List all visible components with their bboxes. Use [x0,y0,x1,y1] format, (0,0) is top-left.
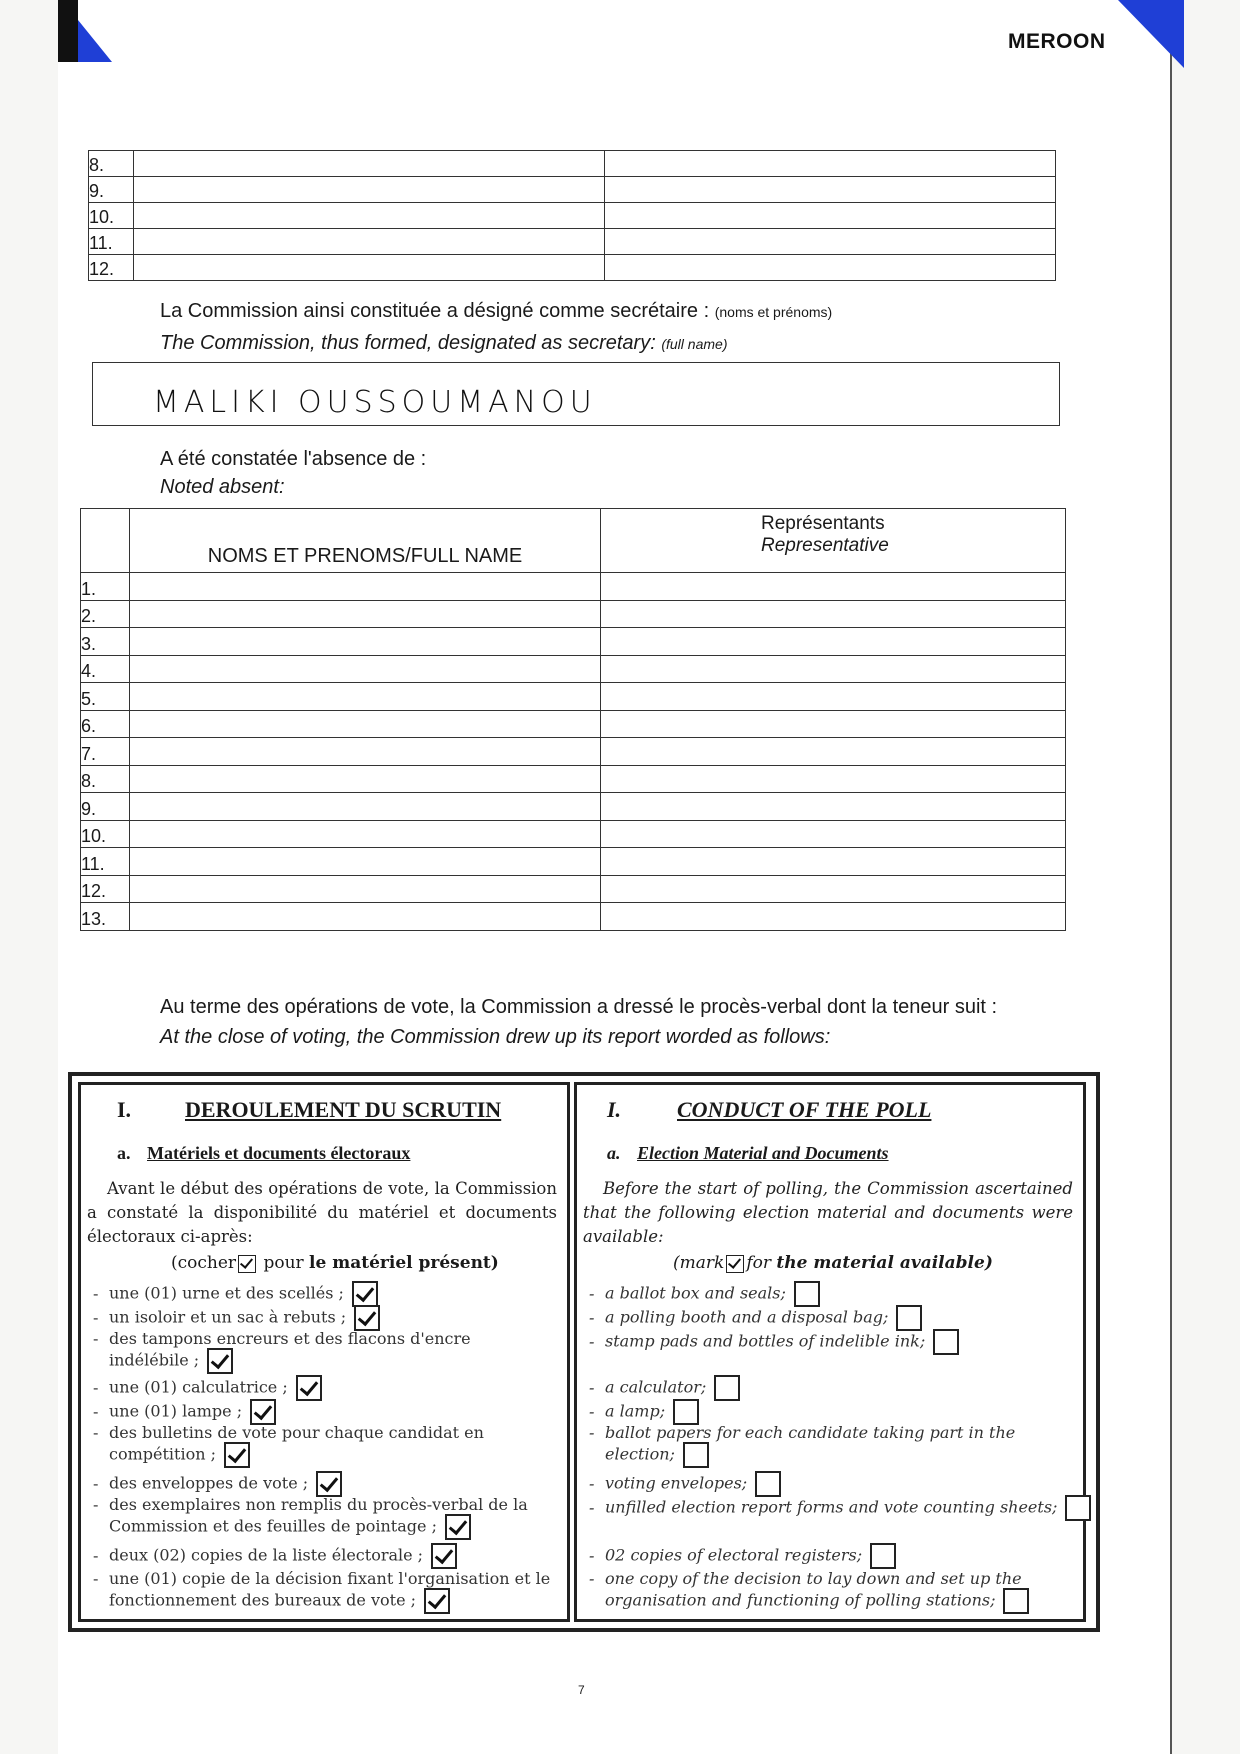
closing-statement-en: At the close of voting, the Commission d… [160,1026,830,1049]
material-item-text-cont: indélébile ; [93,1348,471,1374]
secretary-field[interactable]: MALIKI OUSSOUMANOU [92,362,1060,426]
bullet-dash: - [589,1402,605,1421]
absence-table-row: 2. [81,600,1066,628]
material-item-text: une (01) urne et des scellés ; [109,1284,344,1303]
material-item-text-cont: compétition ; [93,1442,484,1468]
section-en-column: I. CONDUCT OF THE POLL a. Election Mater… [574,1082,1086,1622]
member-name-cell[interactable] [134,229,605,255]
bullet-dash: - [589,1308,605,1327]
absence-table-row: 4. [81,655,1066,683]
material-item-text-cont: fonctionnement des bureaux de vote ; [93,1588,550,1614]
material-checkbox[interactable] [424,1588,450,1614]
bullet-dash: - [589,1378,605,1397]
bullet-dash: - [93,1546,109,1565]
material-item-text: une (01) calculatrice ; [109,1378,288,1397]
members-table: 8.9.10.11.12. [88,150,1056,281]
bullet-dash: - [93,1378,109,1397]
material-item-text: des enveloppes de vote ; [109,1474,308,1493]
row-number: 10. [81,820,130,848]
absent-name-cell[interactable] [130,655,601,683]
members-table-row: 9. [89,177,1056,203]
bullet-dash: - [93,1402,109,1421]
material-item: -a calculator; [589,1375,740,1401]
material-item-text: a calculator; [605,1378,706,1397]
sample-checkbox-icon [726,1255,744,1273]
material-item: -02 copies of electoral registers; [589,1543,896,1569]
mark-bold: the material available [776,1253,984,1273]
member-role-cell[interactable] [605,229,1056,255]
material-item: -voting envelopes; [589,1471,781,1497]
material-item: -stamp pads and bottles of indelible ink… [589,1329,959,1355]
absence-col-representative: Représentants Representative [601,509,1066,573]
material-item-text: des tampons encreurs et des flacons d'en… [109,1329,471,1348]
section-en-sub-title-text: Election Material and Documents [637,1143,889,1164]
bullet-dash: - [93,1284,109,1303]
secretary-label-fr-note: (noms et prénoms) [715,304,832,320]
material-checkbox[interactable] [1003,1588,1029,1614]
absence-table-row: 9. [81,793,1066,821]
section-en-title-text: CONDUCT OF THE POLL [677,1097,931,1123]
material-checkbox[interactable] [316,1471,342,1497]
row-number: 5. [81,683,130,711]
material-item-text-line2: election; [605,1445,675,1464]
absent-name-cell[interactable] [130,683,601,711]
material-item-text-line2: Commission et des feuilles de pointage ; [109,1517,437,1536]
members-table-row: 12. [89,255,1056,281]
material-item-text: ballot papers for each candidate taking … [605,1423,1015,1442]
material-checkbox[interactable] [794,1281,820,1307]
bullet-dash: - [589,1423,605,1442]
material-item: -a polling booth and a disposal bag; [589,1305,922,1331]
material-item: -ballot papers for each candidate taking… [589,1423,1015,1468]
material-item-text: un isoloir et un sac à rebuts ; [109,1308,346,1327]
absent-name-cell[interactable] [130,600,601,628]
absence-table-row: 6. [81,710,1066,738]
material-checkbox[interactable] [352,1281,378,1307]
material-checkbox[interactable] [296,1375,322,1401]
absence-col-name: NOMS ET PRENOMS/FULL NAME [130,509,601,573]
absence-table-row: 8. [81,765,1066,793]
member-role-cell[interactable] [605,255,1056,281]
row-number: 8. [81,765,130,793]
material-checkbox[interactable] [1065,1495,1091,1521]
material-checkbox[interactable] [683,1442,709,1468]
absence-table: NOMS ET PRENOMS/FULL NAME Représentants … [80,508,1066,931]
row-number: 3. [81,628,130,656]
mark-prefix: (mark [673,1253,724,1273]
section-fr-intro: Avant le début des opérations de vote, l… [87,1177,557,1249]
section-fr-column: I. DEROULEMENT DU SCRUTIN a. Matériels e… [78,1082,570,1622]
row-number: 2. [81,600,130,628]
bullet-dash: - [93,1495,109,1514]
material-item-text: a lamp; [605,1402,665,1421]
bullet-dash: - [589,1284,605,1303]
member-name-cell[interactable] [134,177,605,203]
absence-table-row: 5. [81,683,1066,711]
blue-corner-decoration-left [78,20,112,62]
absent-name-cell[interactable] [130,765,601,793]
material-item-text: 02 copies of electoral registers; [605,1546,862,1565]
absence-table-row: 10. [81,820,1066,848]
absent-name-cell[interactable] [130,903,601,931]
absence-label-en: Noted absent: [160,476,285,499]
absent-representative-cell[interactable] [601,655,1066,683]
absent-representative-cell[interactable] [601,600,1066,628]
section-fr-title-text: DEROULEMENT DU SCRUTIN [185,1097,501,1123]
section-fr-mark-instruction: (cocher pour le matériel présent) [171,1253,499,1273]
absence-table-row: 7. [81,738,1066,766]
material-checkbox[interactable] [933,1329,959,1355]
material-checkbox[interactable] [224,1442,250,1468]
mark-suffix: ) [491,1253,499,1273]
row-number: 4. [81,655,130,683]
row-number: 13. [81,903,130,931]
header-country-text: MEROON [1008,30,1106,54]
material-checkbox[interactable] [250,1399,276,1425]
section-en-intro: Before the start of polling, the Commiss… [583,1177,1073,1249]
material-item: -une (01) lampe ; [93,1399,276,1425]
section-en-sub-letter: a. [607,1143,621,1164]
row-number: 8. [89,151,134,177]
mark-suffix: ) [985,1253,993,1273]
row-number: 1. [81,573,130,601]
material-checkbox[interactable] [431,1543,457,1569]
absent-representative-cell[interactable] [601,710,1066,738]
row-number: 11. [89,229,134,255]
material-item-text: unfilled election report forms and vote … [605,1498,1057,1517]
absent-name-cell[interactable] [130,573,601,601]
secretary-label-fr: La Commission ainsi constituée a désigné… [160,300,832,323]
bullet-dash: - [589,1569,605,1588]
secretary-label-en-note: (full name) [661,336,727,352]
absence-table-row: 13. [81,903,1066,931]
absent-representative-cell[interactable] [601,573,1066,601]
members-table-row: 11. [89,229,1056,255]
material-item-text-cont: Commission et des feuilles de pointage ; [93,1514,528,1540]
bullet-dash: - [589,1546,605,1565]
section-en-roman: I. [607,1097,621,1123]
material-item: -des bulletins de vote pour chaque candi… [93,1423,484,1468]
absent-representative-cell[interactable] [601,628,1066,656]
absence-label-fr: A été constatée l'absence de : [160,448,426,471]
absent-name-cell[interactable] [130,710,601,738]
material-item: -une (01) urne et des scellés ; [93,1281,378,1307]
scan-edge [58,0,78,62]
material-item-text: une (01) copie de la décision fixant l'o… [109,1569,550,1588]
secretary-label-fr-text: La Commission ainsi constituée a désigné… [160,300,709,322]
material-checkbox[interactable] [870,1543,896,1569]
absent-representative-cell[interactable] [601,793,1066,821]
bullet-dash: - [93,1569,109,1588]
material-checkbox[interactable] [445,1514,471,1540]
bullet-dash: - [589,1474,605,1493]
material-item: -un isoloir et un sac à rebuts ; [93,1305,380,1331]
row-number: 12. [81,875,130,903]
material-item: -des exemplaires non remplis du procès-v… [93,1495,528,1540]
row-number: 9. [81,793,130,821]
row-number: 9. [89,177,134,203]
material-item: -deux (02) copies de la liste électorale… [93,1543,457,1569]
material-item-text: des bulletins de vote pour chaque candid… [109,1423,484,1442]
sample-checkbox-icon [238,1255,256,1273]
section-fr-roman: I. [117,1097,131,1123]
material-item-text-cont: election; [589,1442,1015,1468]
absent-representative-cell[interactable] [601,848,1066,876]
absent-representative-cell[interactable] [601,683,1066,711]
absent-representative-cell[interactable] [601,820,1066,848]
absent-representative-cell[interactable] [601,765,1066,793]
blue-corner-decoration-right [1118,0,1184,68]
section-fr-sub-title-text: Matériels et documents électoraux [147,1143,410,1164]
secretary-name-value: MALIKI OUSSOUMANOU [153,385,597,420]
secretary-label-en: The Commission, thus formed, designated … [160,332,727,355]
row-number: 12. [89,255,134,281]
absent-representative-cell[interactable] [601,875,1066,903]
material-item: -one copy of the decision to lay down an… [589,1569,1029,1614]
section-en-mark-instruction: (markfor the material available) [673,1253,993,1273]
member-name-cell[interactable] [134,151,605,177]
row-number: 6. [81,710,130,738]
mark-mid: pour [258,1253,309,1273]
conduct-of-poll-section: I. DEROULEMENT DU SCRUTIN a. Matériels e… [68,1072,1100,1632]
members-table-row: 10. [89,203,1056,229]
absent-name-cell[interactable] [130,793,601,821]
absent-name-cell[interactable] [130,820,601,848]
absence-table-row: 12. [81,875,1066,903]
member-name-cell[interactable] [134,255,605,281]
material-item-text-cont: organisation and functioning of polling … [589,1588,1029,1614]
material-checkbox[interactable] [714,1375,740,1401]
absence-col-rep-en: Representative [761,535,1065,557]
material-item: -des enveloppes de vote ; [93,1471,342,1497]
material-item-text: a ballot box and seals; [605,1284,786,1303]
absent-representative-cell[interactable] [601,738,1066,766]
material-item-text: voting envelopes; [605,1474,747,1493]
section-fr-sub-letter: a. [117,1143,131,1164]
row-number: 7. [81,738,130,766]
material-item: -a ballot box and seals; [589,1281,820,1307]
material-item-text-line2: fonctionnement des bureaux de vote ; [109,1591,416,1610]
material-item-text-line2: indélébile ; [109,1351,199,1370]
mark-prefix: (cocher [171,1253,236,1273]
material-item-text: a polling booth and a disposal bag; [605,1308,888,1327]
bullet-dash: - [93,1308,109,1327]
member-role-cell[interactable] [605,203,1056,229]
material-checkbox[interactable] [755,1471,781,1497]
row-number: 11. [81,848,130,876]
absent-name-cell[interactable] [130,848,601,876]
material-item-text-line2: organisation and functioning of polling … [605,1591,995,1610]
member-name-cell[interactable] [134,203,605,229]
bullet-dash: - [589,1498,605,1517]
material-item: -une (01) calculatrice ; [93,1375,322,1401]
mark-bold: le matériel présent [309,1253,491,1273]
absence-col-number [81,509,130,573]
members-table-row: 8. [89,151,1056,177]
row-number: 10. [89,203,134,229]
mark-mid: for [746,1253,776,1273]
absence-table-row: 1. [81,573,1066,601]
material-checkbox[interactable] [896,1305,922,1331]
absent-representative-cell[interactable] [601,903,1066,931]
material-item-text: stamp pads and bottles of indelible ink; [605,1332,925,1351]
material-item: -une (01) copie de la décision fixant l'… [93,1569,550,1614]
member-role-cell[interactable] [605,177,1056,203]
material-item: -des tampons encreurs et des flacons d'e… [93,1329,471,1374]
material-item-text: deux (02) copies de la liste électorale … [109,1546,423,1565]
material-checkbox[interactable] [207,1348,233,1374]
material-checkbox[interactable] [354,1305,380,1331]
material-checkbox[interactable] [673,1399,699,1425]
absence-col-rep-fr: Représentants [761,513,1065,535]
member-role-cell[interactable] [605,151,1056,177]
bullet-dash: - [589,1332,605,1351]
absent-name-cell[interactable] [130,875,601,903]
page-number: 7 [578,1683,585,1697]
closing-statement-fr: Au terme des opérations de vote, la Comm… [160,996,997,1019]
material-item: -unfilled election report forms and vote… [589,1495,1091,1521]
material-item-text-line2: compétition ; [109,1445,216,1464]
absent-name-cell[interactable] [130,738,601,766]
material-item-text: une (01) lampe ; [109,1402,242,1421]
material-item: -a lamp; [589,1399,699,1425]
absence-table-row: 11. [81,848,1066,876]
bullet-dash: - [93,1329,109,1348]
material-item-text: des exemplaires non remplis du procès-ve… [109,1495,528,1514]
absent-name-cell[interactable] [130,628,601,656]
bullet-dash: - [93,1474,109,1493]
secretary-label-en-text: The Commission, thus formed, designated … [160,332,656,354]
material-item-text: one copy of the decision to lay down and… [605,1569,1022,1588]
bullet-dash: - [93,1423,109,1442]
absence-table-row: 3. [81,628,1066,656]
